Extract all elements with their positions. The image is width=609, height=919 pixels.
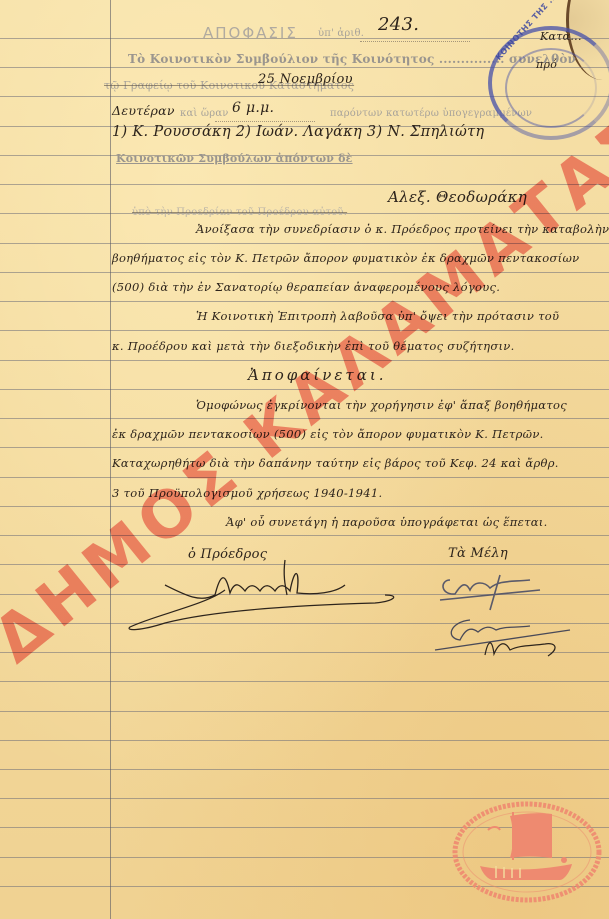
ship-emblem-logo (452, 800, 602, 905)
hand-hour: 6 μ.μ. (232, 100, 274, 116)
printed-line-5: Κοινοτικῶν Συμβούλων ἀπόντων δὲ (116, 152, 353, 165)
ruled-line (0, 681, 609, 682)
margin-line (110, 0, 111, 919)
member-signatures (430, 560, 600, 660)
ruled-line (0, 301, 609, 302)
ruled-line (0, 477, 609, 478)
printed-line-7: ὑπὸ τὴν Προεδρίαν τοῦ Προέδρου αὐτοῦ. (132, 207, 347, 218)
ruled-line (0, 740, 609, 741)
ruled-line (0, 506, 609, 507)
hand-closing: Ἀφ' οὗ συνετάγη ἡ παροῦσα ὑπογράφεται ὡς… (226, 515, 548, 529)
president-signature (125, 555, 415, 635)
decision-number: 243. (378, 14, 419, 35)
hand-present-members: 1) Κ. Ρουσσάκη 2) Ιωάν. Λαγάκη 3) Ν. Σπη… (112, 124, 484, 140)
stamp-handwriting: πρό (536, 58, 557, 71)
printed-line-3-prefix: καὶ ὥραν (180, 108, 229, 119)
hand-date: 25 Νοεμβρίου (258, 72, 353, 87)
ruled-line (0, 330, 609, 331)
hour-underline (215, 121, 315, 122)
number-underline (360, 41, 470, 42)
ruled-line (0, 769, 609, 770)
ruled-line (0, 798, 609, 799)
hand-day: Δευτέραν (112, 103, 175, 118)
decision-title: ΑΠΟΦΑΣΙΣ (203, 24, 298, 42)
document-page: ΑΠΟΦΑΣΙΣ ὑπ' ἀριθ. 243. Τὸ Κοινοτικὸν Συ… (0, 0, 609, 919)
members-label: Τὰ Μέλη (448, 546, 508, 561)
ruled-line (0, 711, 609, 712)
number-label: ὑπ' ἀριθ. (318, 28, 364, 39)
